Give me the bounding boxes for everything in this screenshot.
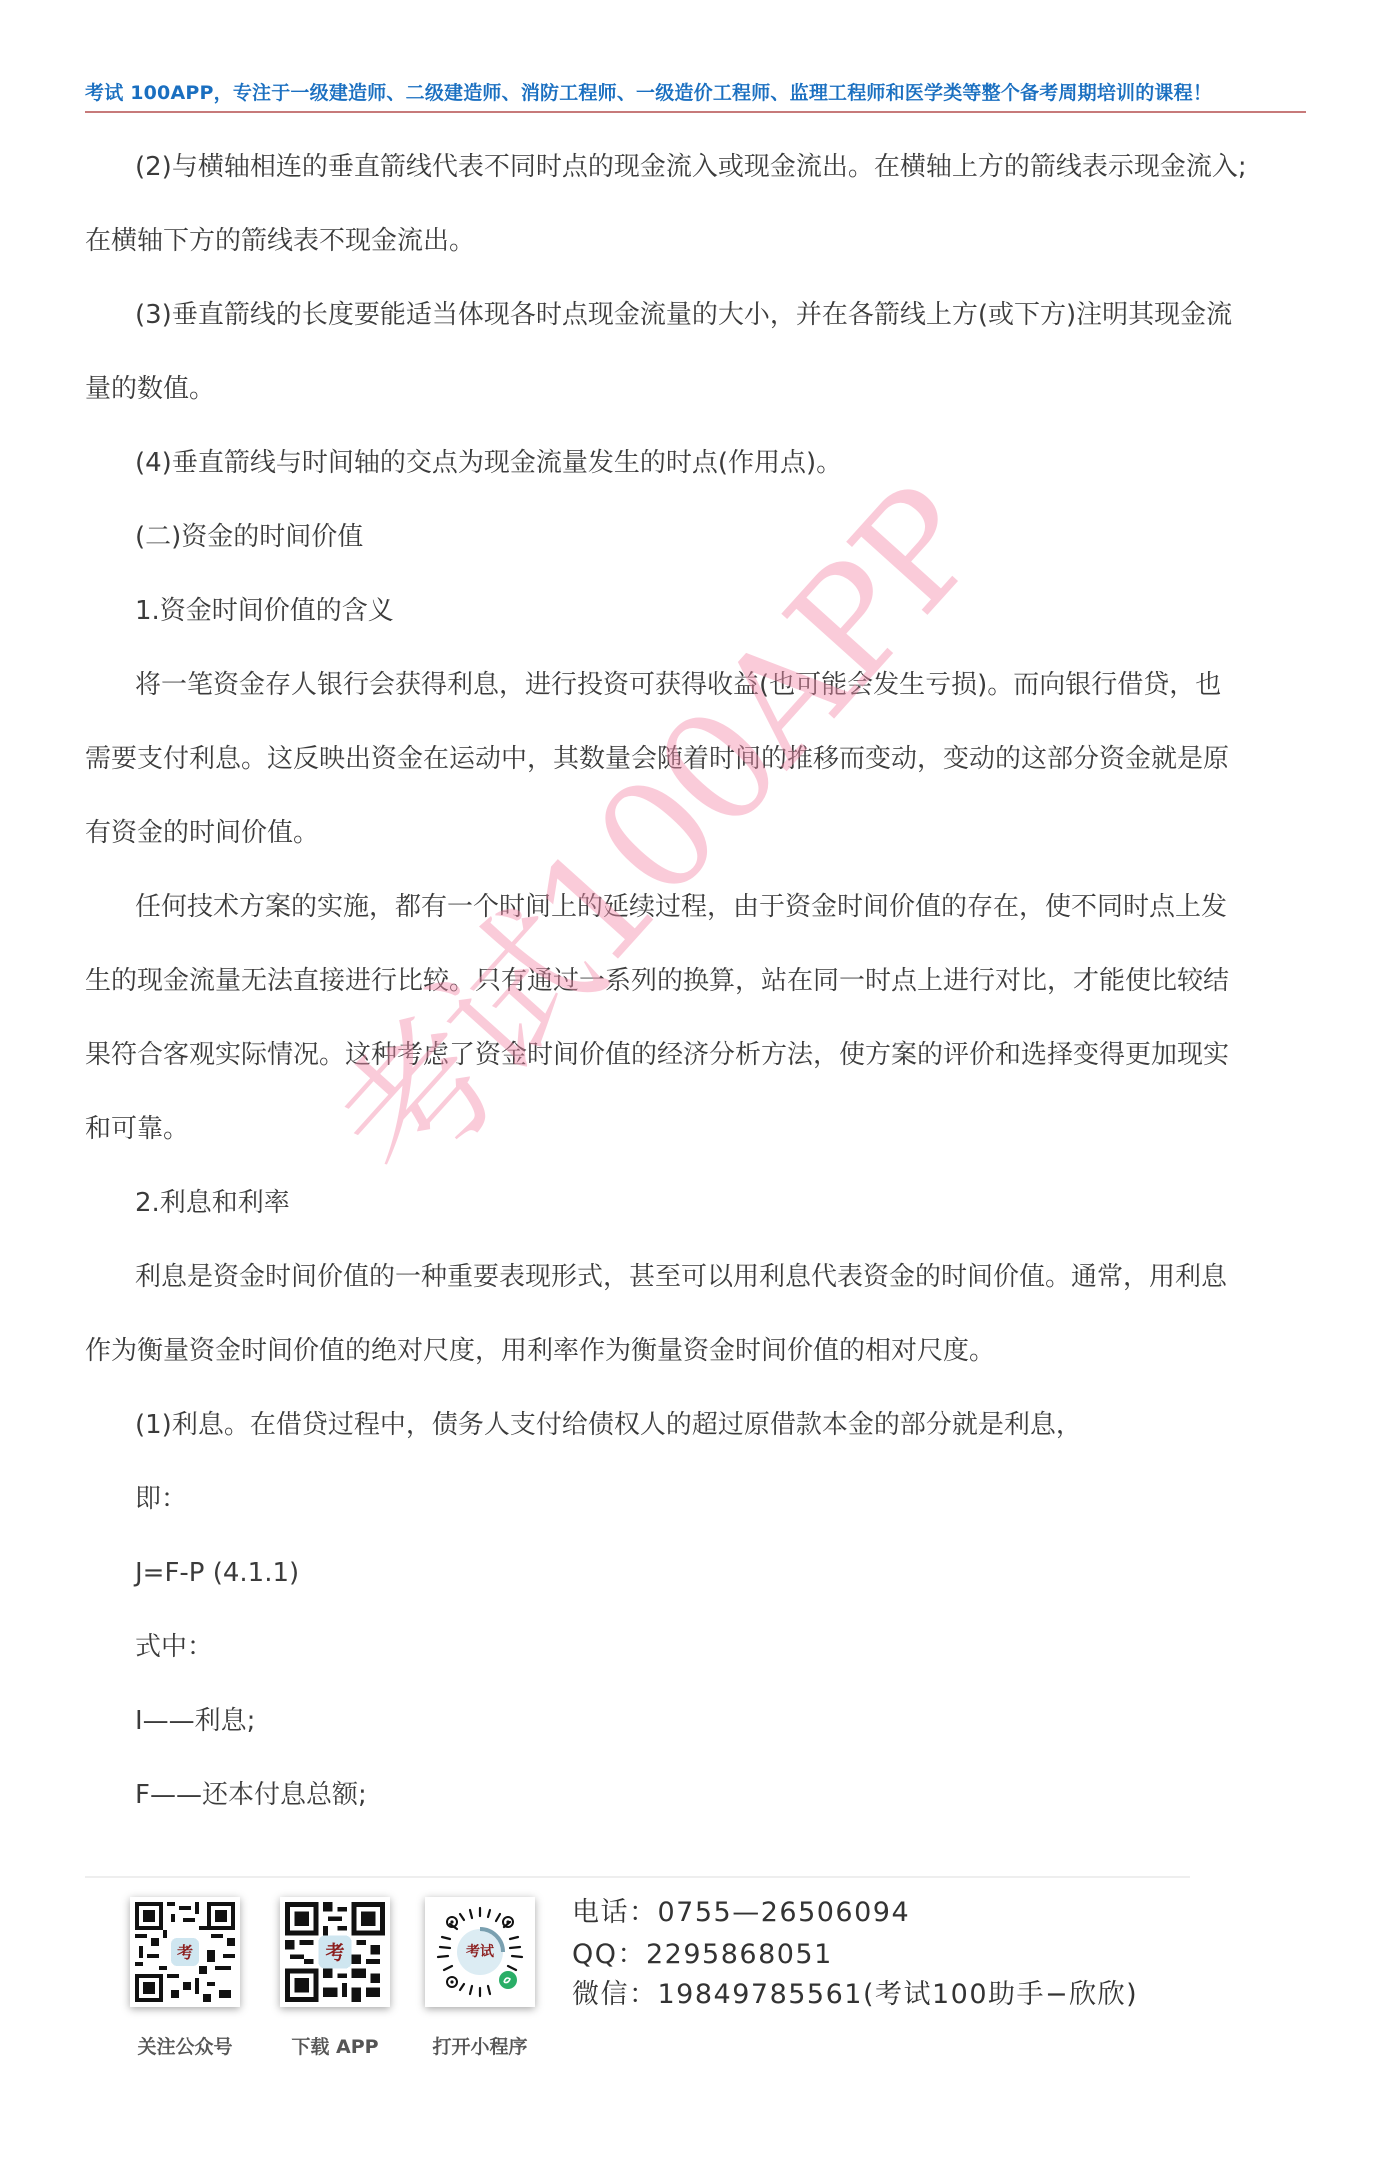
text-line: 作为衡量资金时间价值的绝对尺度，用利率作为衡量资金时间价值的相对尺度。 xyxy=(85,1314,1320,1388)
text-line: 1.资金时间价值的含义 xyxy=(85,574,1320,648)
text-line: 将一笔资金存人银行会获得利息，进行投资可获得收益(也可能会发生亏损)。而向银行借… xyxy=(85,648,1320,722)
header-banner: 考试 100APP，专注于一级建造师、二级建造师、消防工程师、一级造价工程师、监… xyxy=(85,78,1212,105)
svg-text:考试: 考试 xyxy=(466,1943,495,1960)
document-body: (2)与横轴相连的垂直箭线代表不同时点的现金流入或现金流出。在横轴上方的箭线表示… xyxy=(85,130,1320,1832)
contact-wechat: 微信：19849785561(考试100助手−欣欣) xyxy=(572,1972,1138,2011)
mini-program-code[interactable]: 考试 xyxy=(425,1897,535,2007)
text-line: 和可靠。 xyxy=(85,1092,1320,1166)
text-line: 任何技术方案的实施，都有一个时间上的延续过程，由于资金时间价值的存在，使不同时点… xyxy=(85,870,1320,944)
qr-label-mini-program: 打开小程序 xyxy=(410,2032,550,2059)
qr-code-icon: 考 xyxy=(285,1902,385,2002)
text-line: 生的现金流量无法直接进行比较。只有通过一系列的换算，站在同一时点上进行对比，才能… xyxy=(85,944,1320,1018)
text-line: J=F-P (4.1.1) xyxy=(85,1536,1320,1610)
text-line: F——还本付息总额; xyxy=(85,1758,1320,1832)
header-divider xyxy=(85,111,1306,113)
text-line: (二)资金的时间价值 xyxy=(85,500,1320,574)
text-line: (3)垂直箭线的长度要能适当体现各时点现金流量的大小，并在各箭线上方(或下方)注… xyxy=(85,278,1320,352)
qr-label-download-app: 下载 APP xyxy=(265,2032,405,2059)
qr-code-download-app[interactable]: 考 xyxy=(280,1897,390,2007)
text-line: 2.利息和利率 xyxy=(85,1166,1320,1240)
svg-text:考: 考 xyxy=(177,1943,193,1962)
text-line: 即： xyxy=(85,1462,1320,1536)
text-line: (1)利息。在借贷过程中，债务人支付给债权人的超过原借款本金的部分就是利息， xyxy=(85,1388,1320,1462)
text-line: 果符合客观实际情况。这种考虑了资金时间价值的经济分析方法，使方案的评价和选择变得… xyxy=(85,1018,1320,1092)
text-line: 需要支付利息。这反映出资金在运动中，其数量会随着时间的推移而变动，变动的这部分资… xyxy=(85,722,1320,796)
qr-code-icon: 考 xyxy=(135,1902,235,2002)
text-line: (4)垂直箭线与时间轴的交点为现金流量发生的时点(作用点)。 xyxy=(85,426,1320,500)
contact-qq: QQ：2295868051 xyxy=(572,1932,833,1971)
footer-divider xyxy=(85,1876,1190,1878)
contact-phone: 电话：0755—26506094 xyxy=(572,1890,910,1929)
text-line: I——利息; xyxy=(85,1684,1320,1758)
text-line: (2)与横轴相连的垂直箭线代表不同时点的现金流入或现金流出。在横轴上方的箭线表示… xyxy=(85,130,1320,204)
qr-code-wechat-official[interactable]: 考 xyxy=(130,1897,240,2007)
text-line: 量的数值。 xyxy=(85,352,1320,426)
text-line: 有资金的时间价值。 xyxy=(85,796,1320,870)
text-line: 式中： xyxy=(85,1610,1320,1684)
text-line: 在横轴下方的箭线表不现金流出。 xyxy=(85,204,1320,278)
svg-text:考: 考 xyxy=(325,1941,344,1964)
qr-label-official-account: 关注公众号 xyxy=(115,2032,255,2059)
mini-program-code-icon: 考试 xyxy=(430,1902,530,2002)
text-line: 利息是资金时间价值的一种重要表现形式，甚至可以用利息代表资金的时间价值。通常，用… xyxy=(85,1240,1320,1314)
